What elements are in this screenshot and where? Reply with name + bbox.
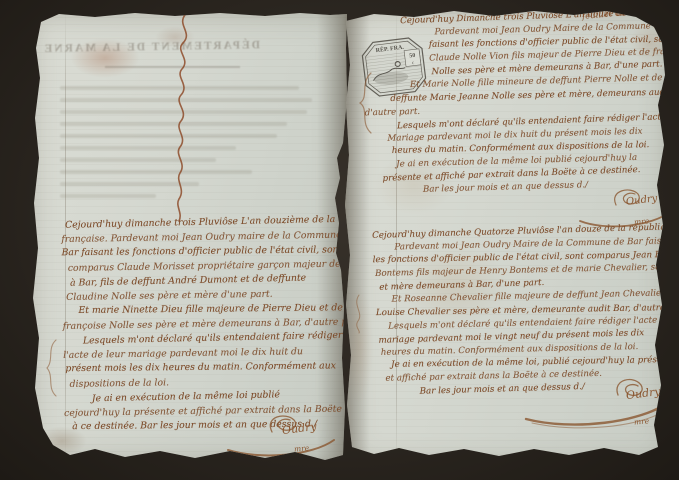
signature-act2: Oudry mre <box>522 373 674 435</box>
signature-left: Oudry mre <box>220 408 338 460</box>
bleed-text-line <box>60 146 236 150</box>
document-scan: DÉPARTEMENT DE LA MARNE Cejourd'huy dima… <box>0 0 679 480</box>
bleed-through-header: DÉPARTEMENT DE LA MARNE <box>60 39 260 54</box>
signature-title: mre <box>294 443 310 453</box>
signature-flourish <box>220 408 338 458</box>
bleed-text-line <box>60 170 252 174</box>
left-page: DÉPARTEMENT DE LA MARNE Cejourd'huy dima… <box>25 8 347 466</box>
manuscript-act-1: Cejourd'huy Dimanche trois Pluviôse L'an… <box>378 7 671 198</box>
margin-brace <box>356 71 374 135</box>
margin-squiggle <box>350 293 366 335</box>
bleed-text-line <box>60 194 156 198</box>
manuscript-act: Cejourd'huy dimanche trois Pluviôse L'an… <box>61 214 347 436</box>
ink-squiggle <box>163 13 203 223</box>
signature-title: mre <box>634 416 650 426</box>
signature-flourish <box>522 373 674 433</box>
margin-brace <box>43 338 59 398</box>
right-page: feuillet 62 RÉP. FRA. 50 c <box>344 5 674 469</box>
